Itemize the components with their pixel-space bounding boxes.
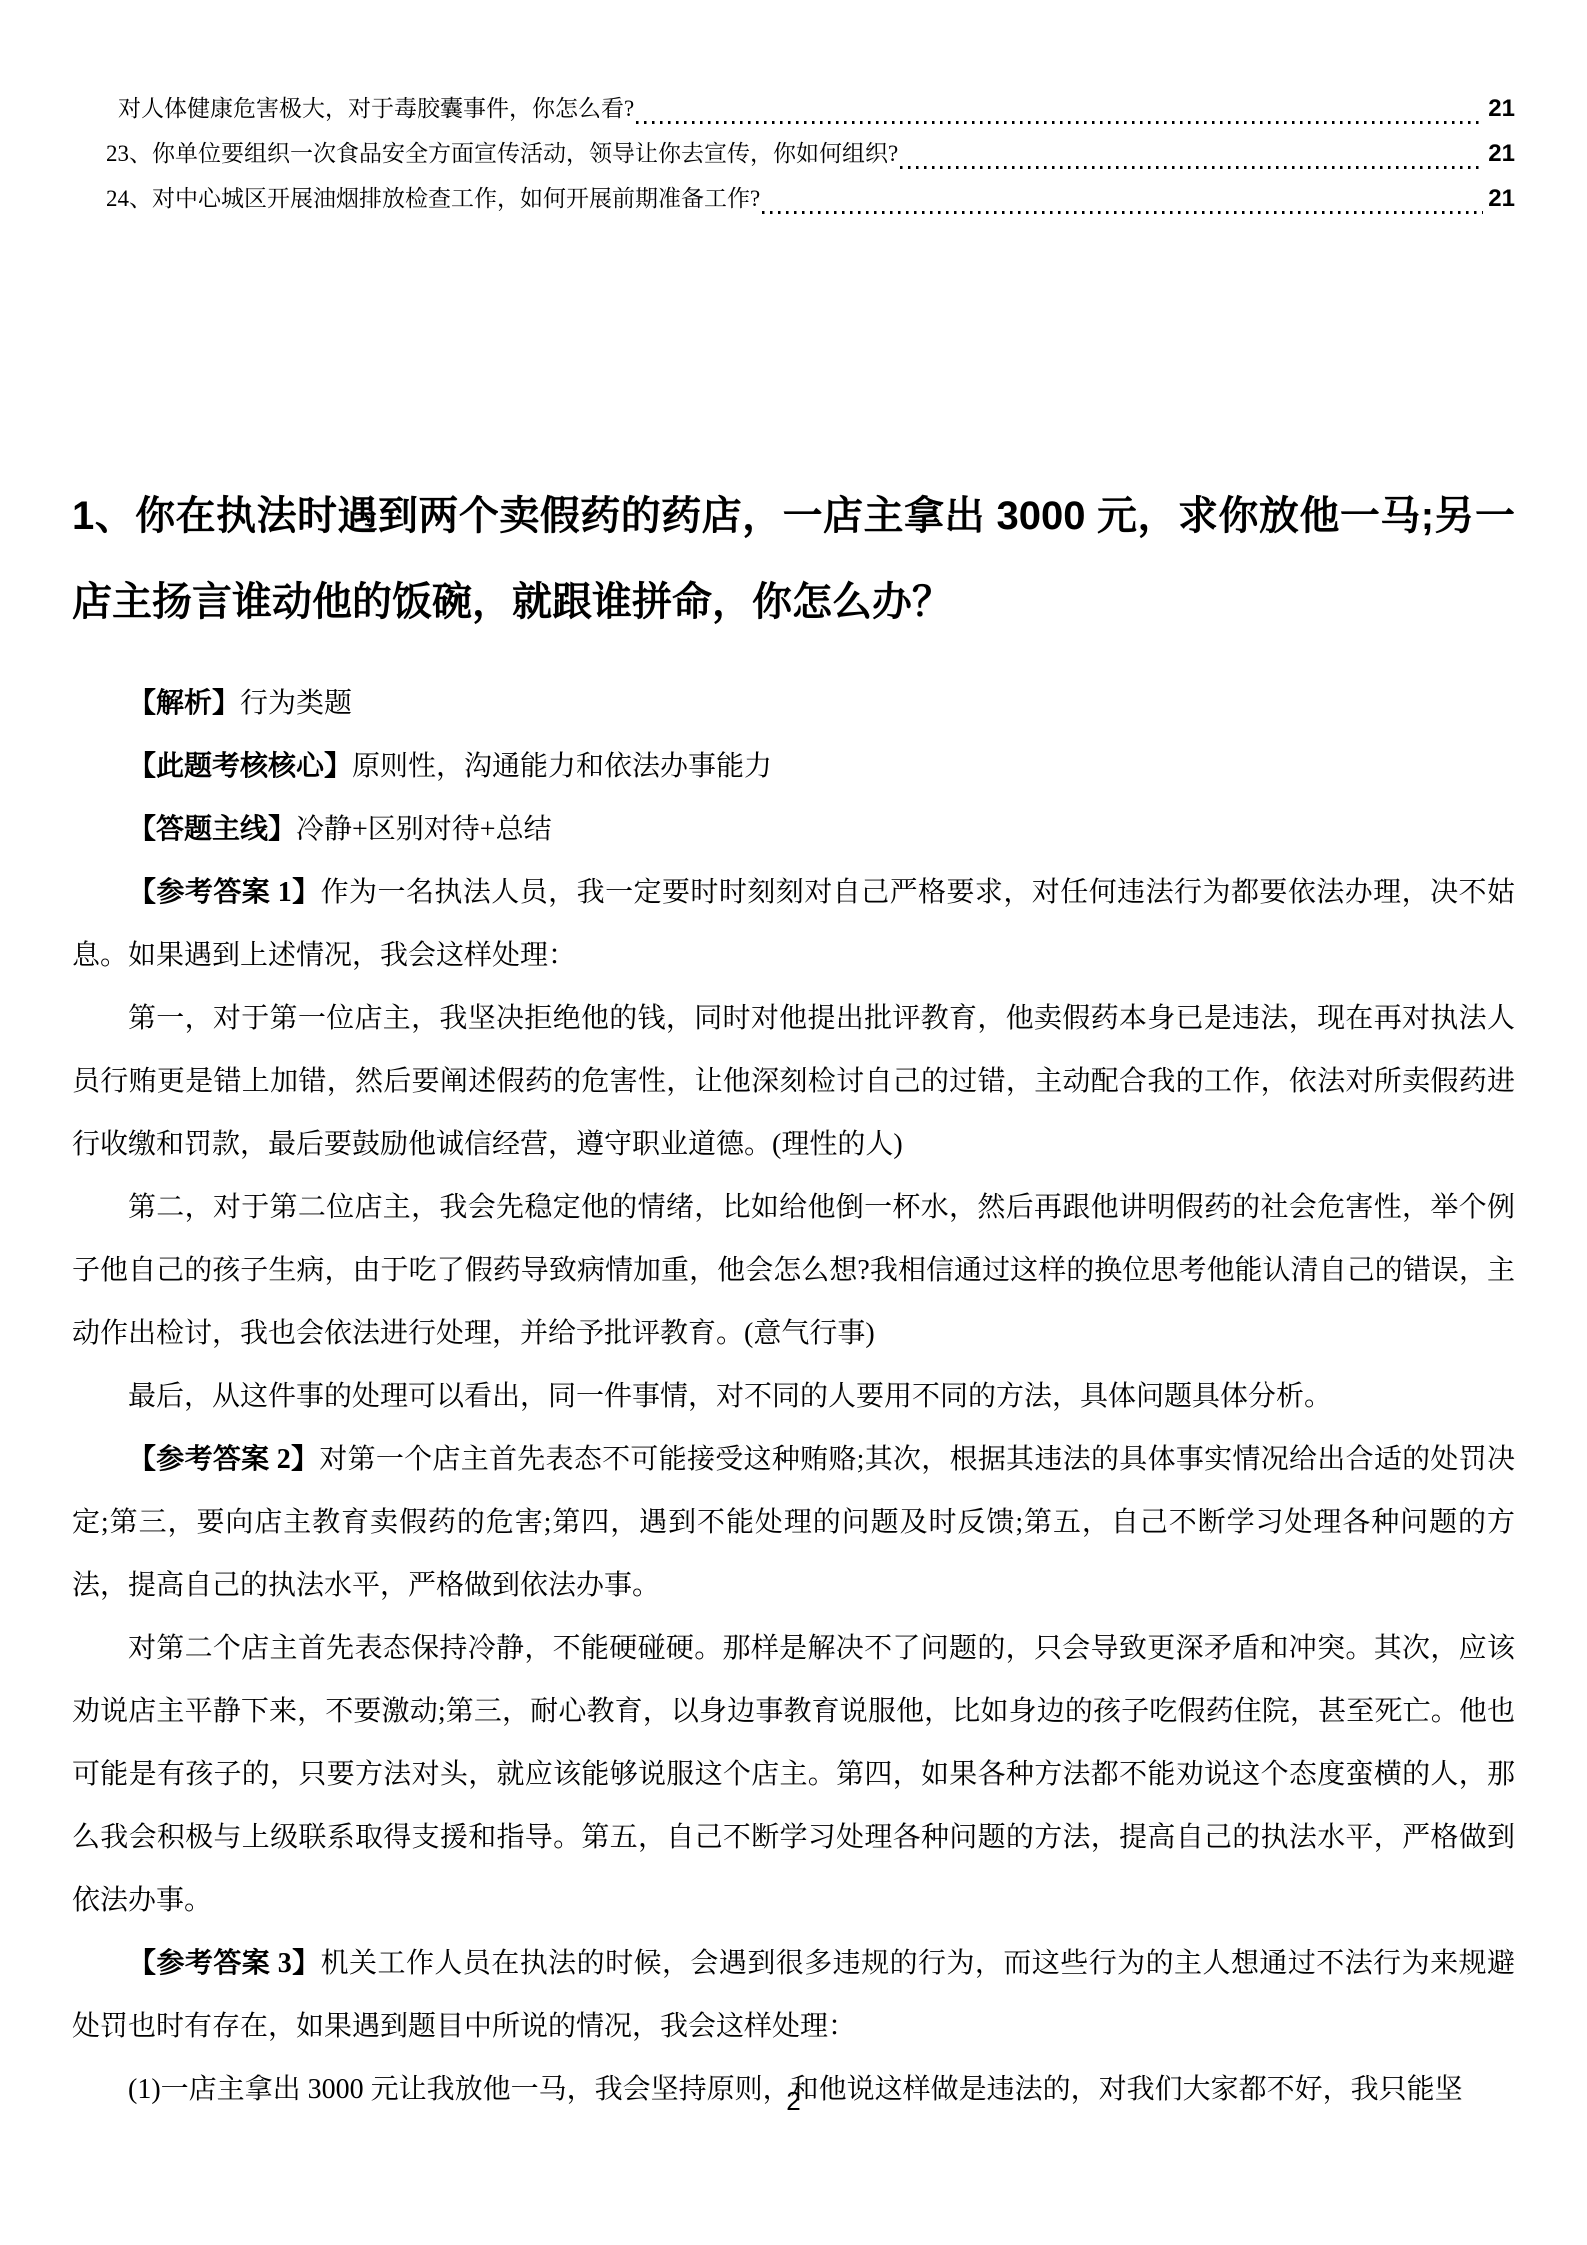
- answer-paragraph: 【此题考核核心】原则性，沟通能力和依法办事能力: [72, 735, 1515, 798]
- toc-entry-text: 23、你单位要组织一次食品安全方面宣传活动，领导让你去宣传，你如何组织?: [106, 131, 898, 176]
- page-number-footer: 2: [0, 2086, 1587, 2117]
- toc-dot-leader: [900, 135, 1483, 169]
- paragraph-text: 第二，对于第二位店主，我会先稳定他的情绪，比如给他倒一杯水，然后再跟他讲明假药的…: [72, 1192, 1515, 1349]
- answer-paragraph: 第二，对于第二位店主，我会先稳定他的情绪，比如给他倒一杯水，然后再跟他讲明假药的…: [72, 1176, 1515, 1365]
- toc-dot-leader: [762, 180, 1483, 214]
- paragraph-text: 原则性，沟通能力和依法办事能力: [352, 751, 772, 782]
- answer-paragraph: 对第二个店主首先表态保持冷静，不能硬碰硬。那样是解决不了问题的，只会导致更深矛盾…: [72, 1617, 1515, 1932]
- toc-page-number: 21: [1488, 86, 1515, 131]
- paragraph-text: 冷静+区别对待+总结: [296, 814, 552, 845]
- answer-paragraph: 【参考答案 3】机关工作人员在执法的时候，会遇到很多违规的行为，而这些行为的主人…: [72, 1932, 1515, 2058]
- paragraph-label: 【答题主线】: [128, 814, 296, 845]
- toc-dot-leader: [636, 90, 1483, 124]
- paragraph-label: 【此题考核核心】: [128, 751, 352, 782]
- toc-entry: 24、对中心城区开展油烟排放检查工作，如何开展前期准备工作? 21: [106, 176, 1515, 221]
- paragraph-text: 最后，从这件事的处理可以看出，同一件事情，对不同的人要用不同的方法，具体问题具体…: [128, 1381, 1332, 1412]
- paragraph-text: 对第二个店主首先表态保持冷静，不能硬碰硬。那样是解决不了问题的，只会导致更深矛盾…: [72, 1633, 1515, 1916]
- answer-paragraph: 第一，对于第一位店主，我坚决拒绝他的钱，同时对他提出批评教育，他卖假药本身已是违…: [72, 987, 1515, 1176]
- paragraph-label: 【参考答案 1】: [128, 877, 321, 908]
- paragraph-text: 行为类题: [240, 688, 352, 719]
- question-heading: 1、你在执法时遇到两个卖假药的药店，一店主拿出 3000 元，求你放他一马;另一…: [72, 473, 1515, 645]
- answer-body: 【解析】行为类题 【此题考核核心】原则性，沟通能力和依法办事能力 【答题主线】冷…: [72, 672, 1515, 2121]
- paragraph-label: 【参考答案 3】: [128, 1948, 321, 1979]
- answer-paragraph: 【参考答案 2】对第一个店主首先表态不可能接受这种贿赂;其次，根据其违法的具体事…: [72, 1428, 1515, 1617]
- toc-entry-text: 24、对中心城区开展油烟排放检查工作，如何开展前期准备工作?: [106, 176, 760, 221]
- answer-paragraph: 【参考答案 1】作为一名执法人员，我一定要时时刻刻对自己严格要求，对任何违法行为…: [72, 861, 1515, 987]
- toc-page-number: 21: [1488, 131, 1515, 176]
- document-page: 对人体健康危害极大，对于毒胶囊事件，你怎么看? 21 23、你单位要组织一次食品…: [0, 0, 1587, 2245]
- paragraph-text: 第一，对于第一位店主，我坚决拒绝他的钱，同时对他提出批评教育，他卖假药本身已是违…: [72, 1003, 1515, 1160]
- toc-entry: 对人体健康危害极大，对于毒胶囊事件，你怎么看? 21: [106, 86, 1515, 131]
- answer-paragraph: 【解析】行为类题: [72, 672, 1515, 735]
- paragraph-label: 【参考答案 2】: [128, 1444, 319, 1475]
- toc-entry: 23、你单位要组织一次食品安全方面宣传活动，领导让你去宣传，你如何组织? 21: [106, 131, 1515, 176]
- answer-paragraph: 最后，从这件事的处理可以看出，同一件事情，对不同的人要用不同的方法，具体问题具体…: [72, 1365, 1515, 1428]
- table-of-contents: 对人体健康危害极大，对于毒胶囊事件，你怎么看? 21 23、你单位要组织一次食品…: [72, 0, 1515, 221]
- toc-page-number: 21: [1488, 176, 1515, 221]
- paragraph-label: 【解析】: [128, 688, 240, 719]
- toc-entry-text: 对人体健康危害极大，对于毒胶囊事件，你怎么看?: [118, 86, 634, 131]
- answer-paragraph: 【答题主线】冷静+区别对待+总结: [72, 798, 1515, 861]
